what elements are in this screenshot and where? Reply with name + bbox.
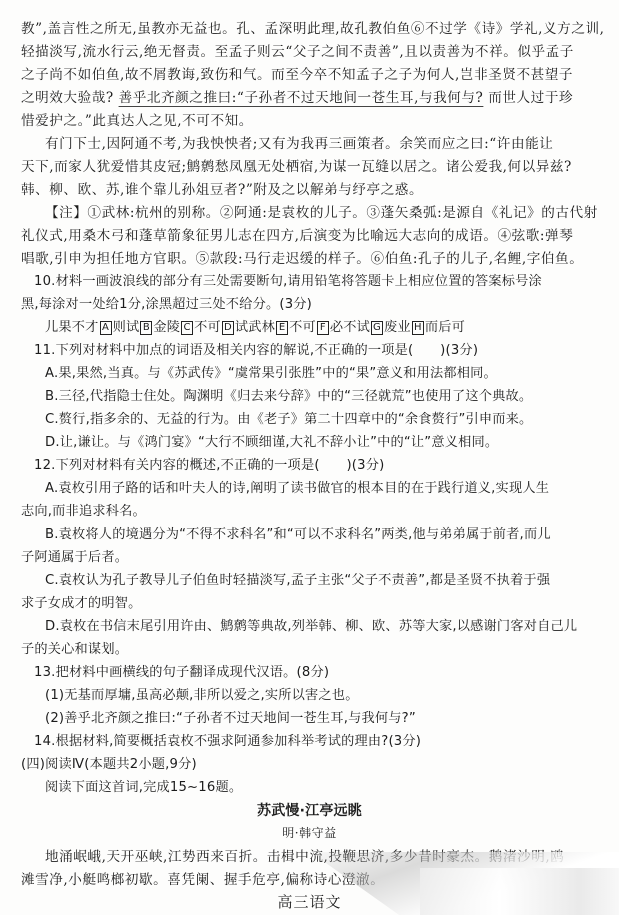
passage-text: 之明效大验哉? (21, 90, 114, 106)
break-mark-g[interactable]: G (371, 321, 383, 335)
break-mark-h[interactable]: H (412, 321, 424, 335)
question-10-segments: 儿果不才A则试B金陵C不可D试武林E不可F必不试G废业H而后可 (45, 318, 605, 338)
underlined-sentence: 善乎北齐颜之推曰:“子孙者不过天地间一苍生耳,与我何与? (119, 90, 484, 106)
question-11-stem: 11.下列对材料中加点的词语及相关内容的解说,不正确的一项是( )(3分) (34, 341, 606, 361)
notes-line-1: 【注】①武林:杭州的别称。②阿通:是袁枚的儿子。③蓬矢桑弧:是源自《礼记》的古代… (45, 203, 607, 223)
notes-line-2: 礼仪式,用桑木弓和蓬草箭象征男儿志在四方,后演变为比喻远大志向的成语。④弦歌:弹… (21, 226, 606, 246)
question-12-option-c: C.袁枚认为孔子教导儿子伯鱼时轻描淡写,孟子主张“父子不责善”,都是圣贤不执着于… (45, 571, 605, 591)
poem-line-1: 地涌岷峨,天开巫峡,江势西来百折。击楫中流,投鞭思济,多少昔时豪杰。鹅渚沙明,鸥 (45, 847, 607, 867)
break-mark-e[interactable]: E (276, 321, 288, 335)
section-4-instruction: 阅读下面这首词,完成15~16题。 (45, 778, 605, 798)
question-12-option-b: B.袁枚将人的境遇分为“不得不求科名”和“可以不求科名”两类,他与弟弟属于前者,… (45, 525, 605, 545)
section-4-heading: (四)阅读Ⅳ(本题共2小题,9分) (21, 755, 606, 775)
break-mark-a[interactable]: A (100, 321, 112, 335)
passage-line-2: 轻描淡写,流水行云,绝无督责。至孟子则云“父子之间不责善”,且以责善为不祥。似乎… (21, 42, 606, 62)
notes-line-3: 唱歌,引申为担任地方官职。⑤款段:马行走迟缓的样子。⑥伯鱼:孔子的儿子,名鲤,字… (21, 249, 606, 269)
question-12-option-a: A.袁枚引用子路的话和叶夫人的诗,阐明了读书做官的根本目的在于践行道义,实现人生 (45, 479, 605, 499)
exam-page: 教”,盖言性之所无,虽教亦无益也。孔、孟深明此理,故孔教伯鱼⑥不过学《诗》学礼,… (0, 0, 619, 915)
break-mark-c[interactable]: C (181, 321, 193, 335)
question-10-stem-cont: 黑,每涂对一处给1分,涂黑超过三处不给分。(3分) (21, 295, 606, 315)
question-12-option-d: D.袁枚在书信末尾引用许由、鹪鹩等典故,列举韩、柳、欧、苏等大家,以感谢门客对自… (45, 617, 605, 637)
page-footer: 高三语文 (0, 892, 619, 912)
passage-line-1: 教”,盖言性之所无,虽教亦无益也。孔、孟深明此理,故孔教伯鱼⑥不过学《诗》学礼,… (21, 19, 606, 39)
passage-line-3: 之子尚不如伯鱼,故不屑教诲,致伤和气。而至今卒不知孟子之子为何人,岂非圣贤不甚望… (21, 65, 606, 85)
poem-line-2: 滩雪净,小艇鸣榔初歇。喜凭阑、握手危亭,偏称诗心澄澈。 (21, 870, 606, 890)
poem-author: 明·韩守益 (0, 823, 619, 843)
question-11-option-b: B.三径,代指隐士住处。陶渊明《归去来兮辞》中的“三径就荒”也使用了这个典故。 (45, 387, 605, 407)
question-11-option-a: A.果,果然,当真。与《苏武传》“虞常果引张胜”中的“果”意义和用法都相同。 (45, 364, 605, 384)
paragraph-2-line-1: 有门下士,因阿通不考,为我怏怏者;又有为我再三画策者。余笑而应之曰:“许由能让 (45, 134, 607, 154)
question-13-item-1: (1)无基而厚墉,虽高必颠,非所以爱之,实所以害之也。 (45, 686, 605, 706)
paragraph-2-line-2: 天下,而家人犹爱惜其皮冠;鹪鹩愁凤凰无处栖宿,为谋一瓦缝以居之。诸公爱我,何以异… (21, 157, 606, 177)
passage-line-1-text: 教”,盖言性之所无,虽教亦无益也。孔、孟深明此理,故孔教伯鱼⑥不过学《诗》学礼,… (21, 21, 604, 37)
question-12-option-c-cont: 求子女成才的明智。 (21, 594, 606, 614)
question-12-stem: 12.下列对材料有关内容的概述,不正确的一项是( )(3分) (34, 456, 606, 476)
question-10-stem: 10.材料一画波浪线的部分有三处需要断句,请用铅笔将答题卡上相应位置的答案标号涂 (34, 272, 606, 292)
question-12-option-a-cont: 志向,而非追求科名。 (21, 502, 606, 522)
question-12-option-d-cont: 子的关心和谋划。 (21, 640, 606, 660)
question-11-option-d: D.让,谦让。与《鸿门宴》“大行不顾细谨,大礼不辞小让”中的“让”意义相同。 (45, 433, 605, 453)
passage-line-4: 之明效大验哉? 善乎北齐颜之推曰:“子孙者不过天地间一苍生耳,与我何与? 而世人… (21, 88, 606, 108)
break-mark-f[interactable]: F (317, 321, 329, 335)
passage-text: 而世人过于珍 (488, 90, 573, 106)
question-13-item-2: (2)善乎北齐颜之推曰:“子孙者不过天地间一苍生耳,与我何与?” (45, 709, 605, 729)
paragraph-2-line-3: 韩、柳、欧、苏,谁个靠儿孙俎豆者?”附及之以解弟与纾亭之惑。 (21, 180, 606, 200)
break-mark-d[interactable]: D (222, 321, 234, 335)
question-11-option-c: C.赘行,指多余的、无益的行为。由《老子》第二十四章中的“余食赘行”引申而来。 (45, 410, 605, 430)
question-14-stem: 14.根据材料,简要概括袁枚不强求阿通参加科举考试的理由?(3分) (34, 732, 606, 752)
passage-line-5: 惜爱护之。”此真达人之见,不可不知。 (21, 111, 606, 131)
poem-title: 苏武慢·江亭远眺 (0, 801, 619, 821)
break-mark-b[interactable]: B (140, 321, 152, 335)
question-12-option-b-cont: 子阿通属于后者。 (21, 548, 606, 568)
question-13-stem: 13.把材料中画横线的句子翻译成现代汉语。(8分) (34, 663, 606, 683)
